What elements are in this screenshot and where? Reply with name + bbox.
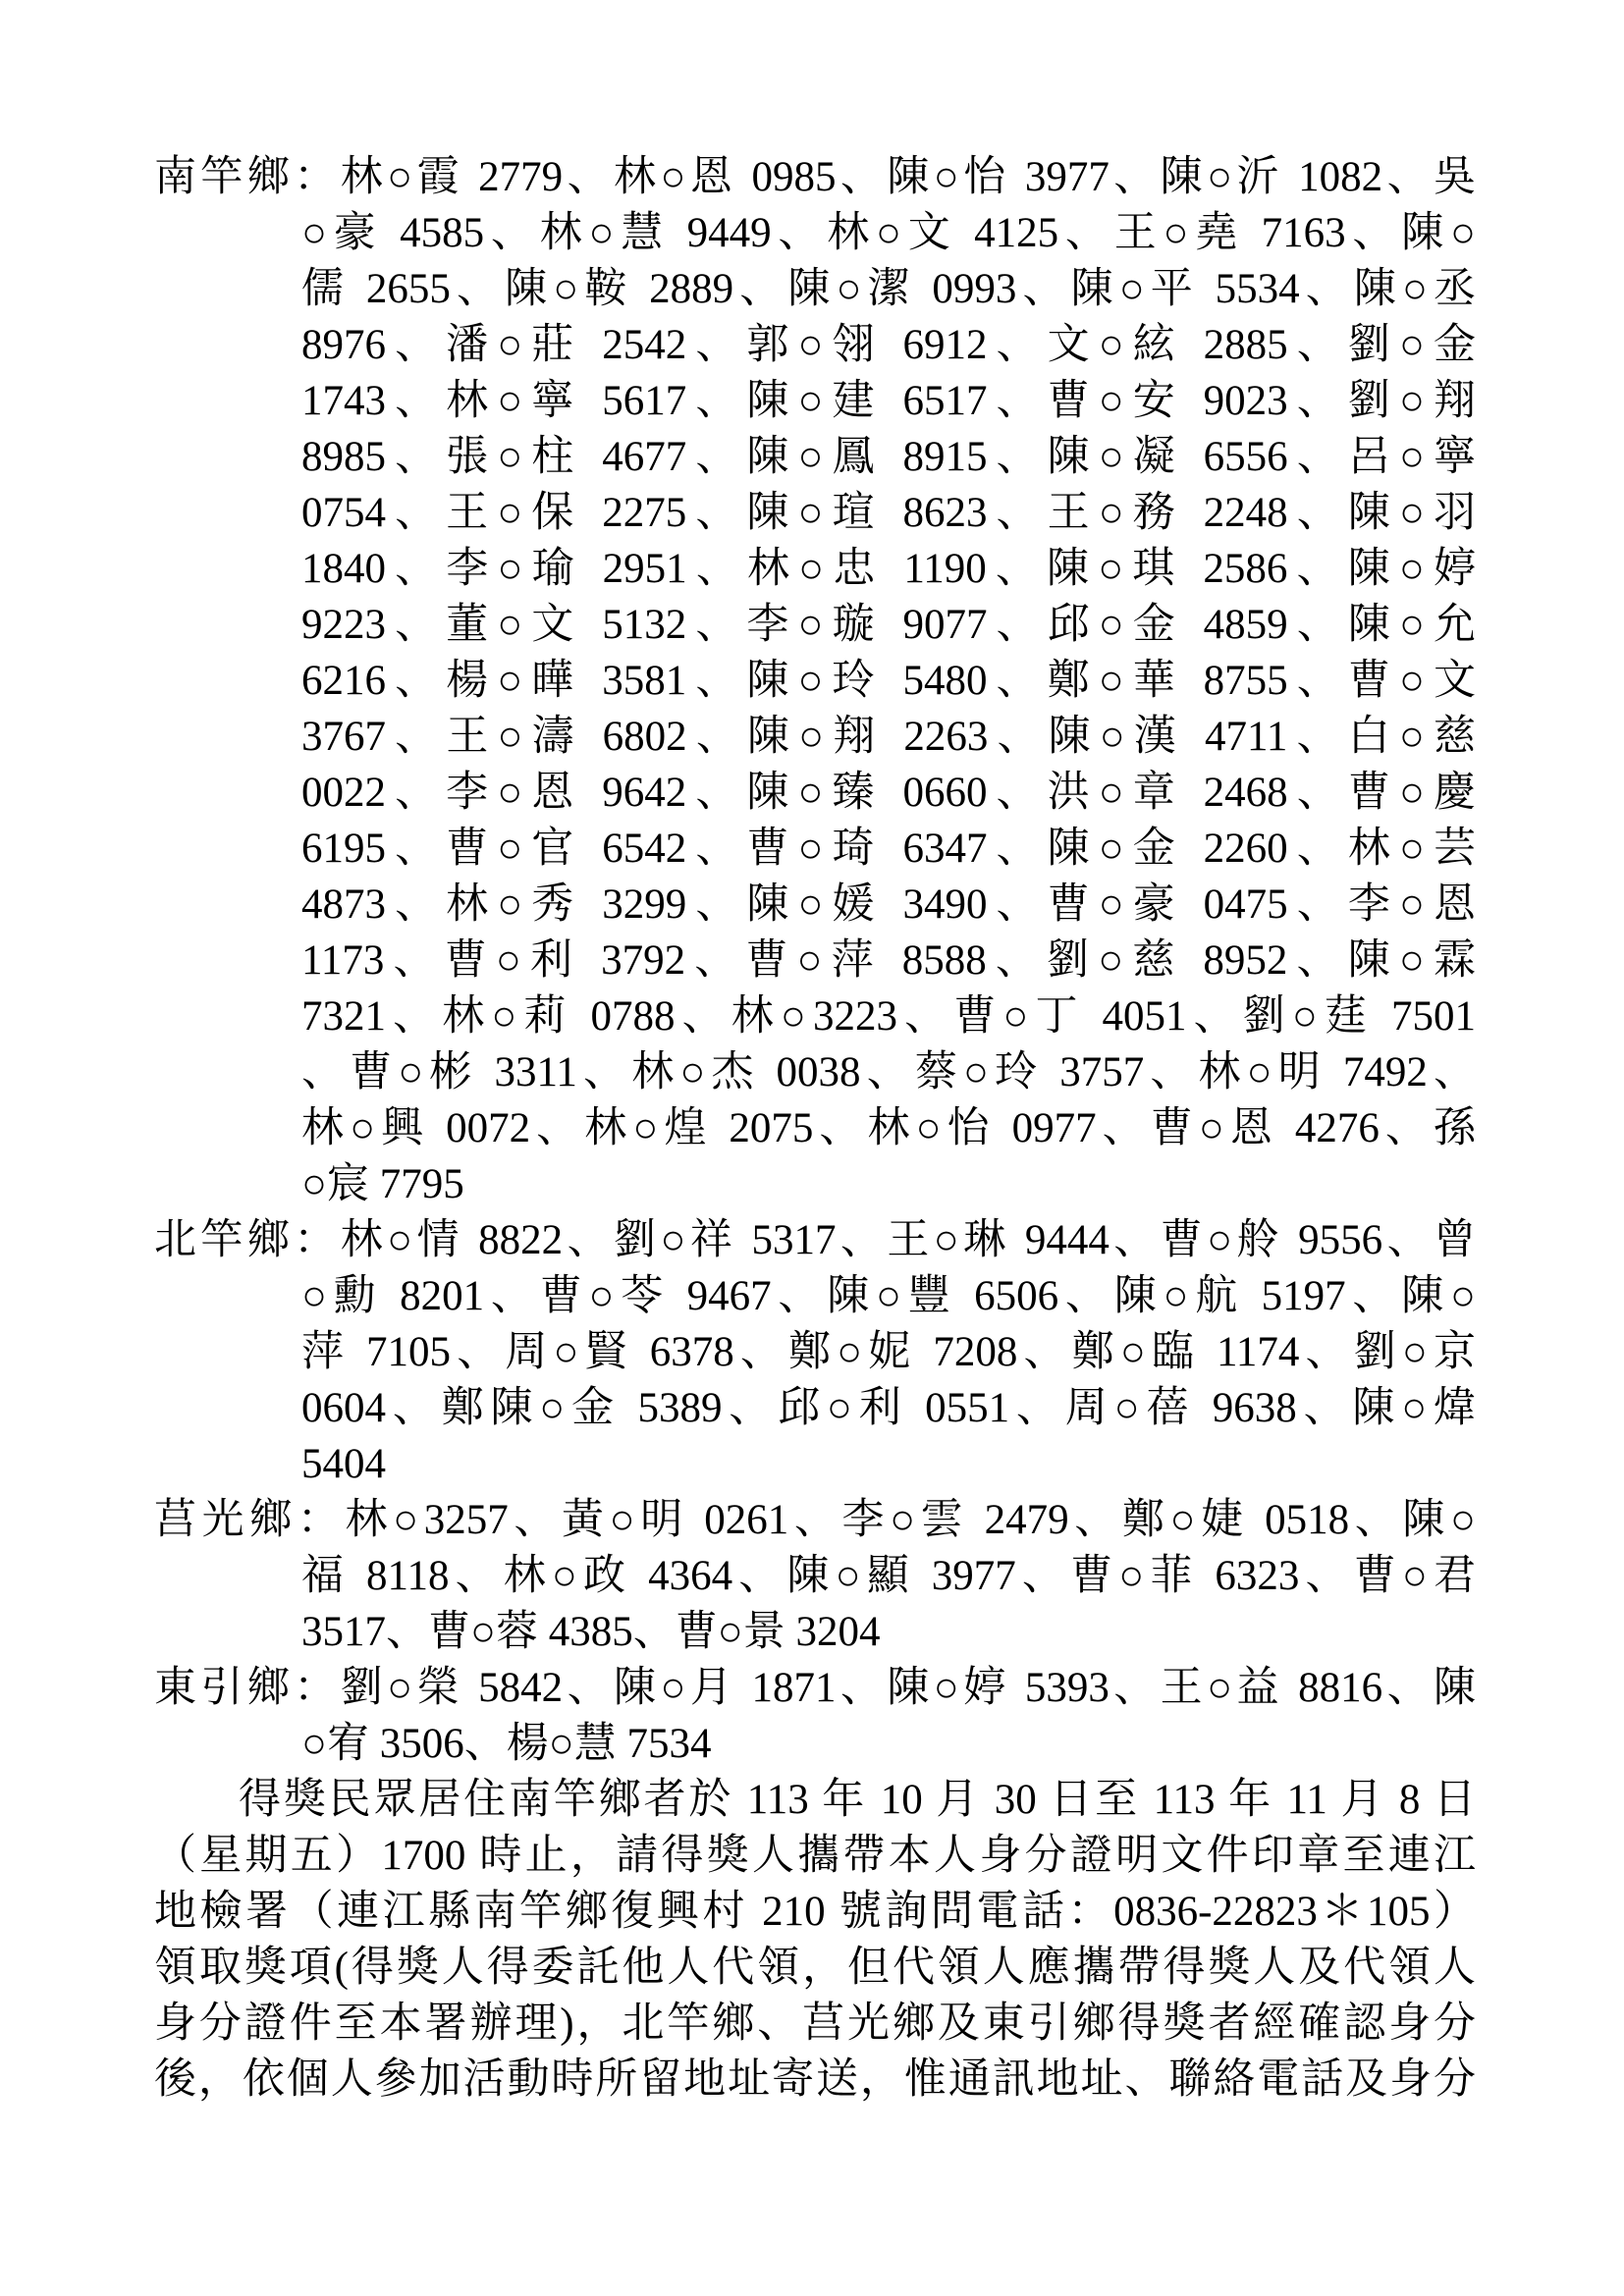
section-beigan-line: 5404 <box>154 1436 1476 1492</box>
section-juguang-line: 福 8118、林○政 4364、陳○顯 3977、曹○菲 6323、曹○君 <box>154 1548 1476 1604</box>
section-nangan-line: 9223、董○文 5132、李○璇 9077、邱○金 4859、陳○允 <box>154 597 1476 653</box>
section-dongyin-line: ○宥 3506、楊○慧 7534 <box>154 1716 1476 1772</box>
section-nangan-line: 6195、曹○官 6542、曹○琦 6347、陳○金 2260、林○芸 <box>154 821 1476 877</box>
section-nangan-line: 南竿鄉：林○霞 2779、林○恩 0985、陳○怡 3977、陳○沂 1082、… <box>154 149 1476 205</box>
claim-instructions-line: 得獎民眾居住南竿鄉者於 113 年 10 月 30 日至 113 年 11 月 … <box>154 1772 1476 1828</box>
section-nangan-line: 、曹○彬 3311、林○杰 0038、蔡○玲 3757、林○明 7492、 <box>154 1044 1476 1100</box>
text-content: 南竿鄉：林○霞 2779、林○恩 0985、陳○怡 3977、陳○沂 1082、… <box>154 149 1476 2108</box>
section-beigan-line: ○勳 8201、曹○苓 9467、陳○豐 6506、陳○航 5197、陳○ <box>154 1268 1476 1324</box>
section-juguang-line: 莒光鄉：林○3257、黃○明 0261、李○雲 2479、鄭○婕 0518、陳○ <box>154 1492 1476 1548</box>
section-beigan-line: 0604、鄭陳○金 5389、邱○利 0551、周○蓓 9638、陳○煒 <box>154 1380 1476 1436</box>
section-nangan-line: ○豪 4585、林○慧 9449、林○文 4125、王○堯 7163、陳○ <box>154 205 1476 261</box>
section-nangan-line: 1743、林○寧 5617、陳○建 6517、曹○安 9023、劉○翔 <box>154 373 1476 429</box>
winner-list-text: 林○情 8822、劉○祥 5317、王○琳 9444、曹○舲 9556、曾 <box>341 1217 1476 1263</box>
section-nangan-line: 林○興 0072、林○煌 2075、林○怡 0977、曹○恩 4276、孫 <box>154 1100 1476 1156</box>
winner-list-text: 林○霞 2779、林○恩 0985、陳○怡 3977、陳○沂 1082、吳 <box>341 154 1476 200</box>
section-nangan-line: 1840、李○瑜 2951、林○忠 1190、陳○琪 2586、陳○婷 <box>154 541 1476 597</box>
claim-instructions-line: （星期五）1700 時止，請得獎人攜帶本人身分證明文件印章至連江 <box>154 1828 1476 1884</box>
section-nangan-line: 3767、王○濤 6802、陳○翔 2263、陳○漢 4711、白○慈 <box>154 709 1476 765</box>
claim-instructions-line: 後，依個人參加活動時所留地址寄送，惟通訊地址、聯絡電話及身分 <box>154 2052 1476 2108</box>
township-label-dongyin: 東引鄉： <box>154 1665 341 1711</box>
section-nangan-line: 6216、楊○曄 3581、陳○玲 5480、鄭○華 8755、曹○文 <box>154 653 1476 709</box>
section-nangan-line: 0022、李○恩 9642、陳○臻 0660、洪○章 2468、曹○慶 <box>154 765 1476 821</box>
claim-instructions-line: 身分證件至本署辦理)，北竿鄉、莒光鄉及東引鄉得獎者經確認身分 <box>154 1996 1476 2052</box>
section-nangan-line: 1173、曹○利 3792、曹○萍 8588、劉○慈 8952、陳○霖 <box>154 933 1476 988</box>
section-nangan-line: ○宸 7795 <box>154 1156 1476 1212</box>
section-juguang-line: 3517、曹○蓉 4385、曹○景 3204 <box>154 1604 1476 1660</box>
section-beigan-line: 北竿鄉：林○情 8822、劉○祥 5317、王○琳 9444、曹○舲 9556、… <box>154 1212 1476 1268</box>
section-nangan-line: 4873、林○秀 3299、陳○媛 3490、曹○豪 0475、李○恩 <box>154 877 1476 933</box>
township-label-beigan: 北竿鄉： <box>154 1217 341 1263</box>
section-nangan-line: 7321、林○莉 0788、林○3223、曹○丁 4051、劉○莛 7501 <box>154 988 1476 1044</box>
section-nangan-line: 0754、王○保 2275、陳○瑄 8623、王○務 2248、陳○羽 <box>154 485 1476 541</box>
section-nangan-line: 儒 2655、陳○鞍 2889、陳○潔 0993、陳○平 5534、陳○丞 <box>154 261 1476 317</box>
section-nangan-line: 8985、張○柱 4677、陳○鳳 8915、陳○凝 6556、呂○寧 <box>154 429 1476 485</box>
winner-list-text: 劉○榮 5842、陳○月 1871、陳○婷 5393、王○益 8816、陳 <box>341 1665 1476 1711</box>
section-dongyin-line: 東引鄉：劉○榮 5842、陳○月 1871、陳○婷 5393、王○益 8816、… <box>154 1660 1476 1716</box>
document-page: 南竿鄉：林○霞 2779、林○恩 0985、陳○怡 3977、陳○沂 1082、… <box>0 0 1624 2296</box>
section-beigan-line: 萍 7105、周○賢 6378、鄭○妮 7208、鄭○臨 1174、劉○京 <box>154 1324 1476 1380</box>
claim-instructions-line: 領取獎項(得獎人得委託他人代領，但代領人應攜帶得獎人及代領人 <box>154 1940 1476 1996</box>
section-nangan-line: 8976、潘○莊 2542、郭○翎 6912、文○絃 2885、劉○金 <box>154 317 1476 373</box>
claim-instructions-line: 地檢署（連江縣南竿鄉復興村 210 號詢問電話：0836-22823＊105） <box>154 1884 1476 1940</box>
township-label-juguang: 莒光鄉： <box>154 1497 346 1543</box>
winner-list-text: 林○3257、黃○明 0261、李○雲 2479、鄭○婕 0518、陳○ <box>346 1497 1477 1543</box>
township-label-nangan: 南竿鄉： <box>154 154 341 200</box>
